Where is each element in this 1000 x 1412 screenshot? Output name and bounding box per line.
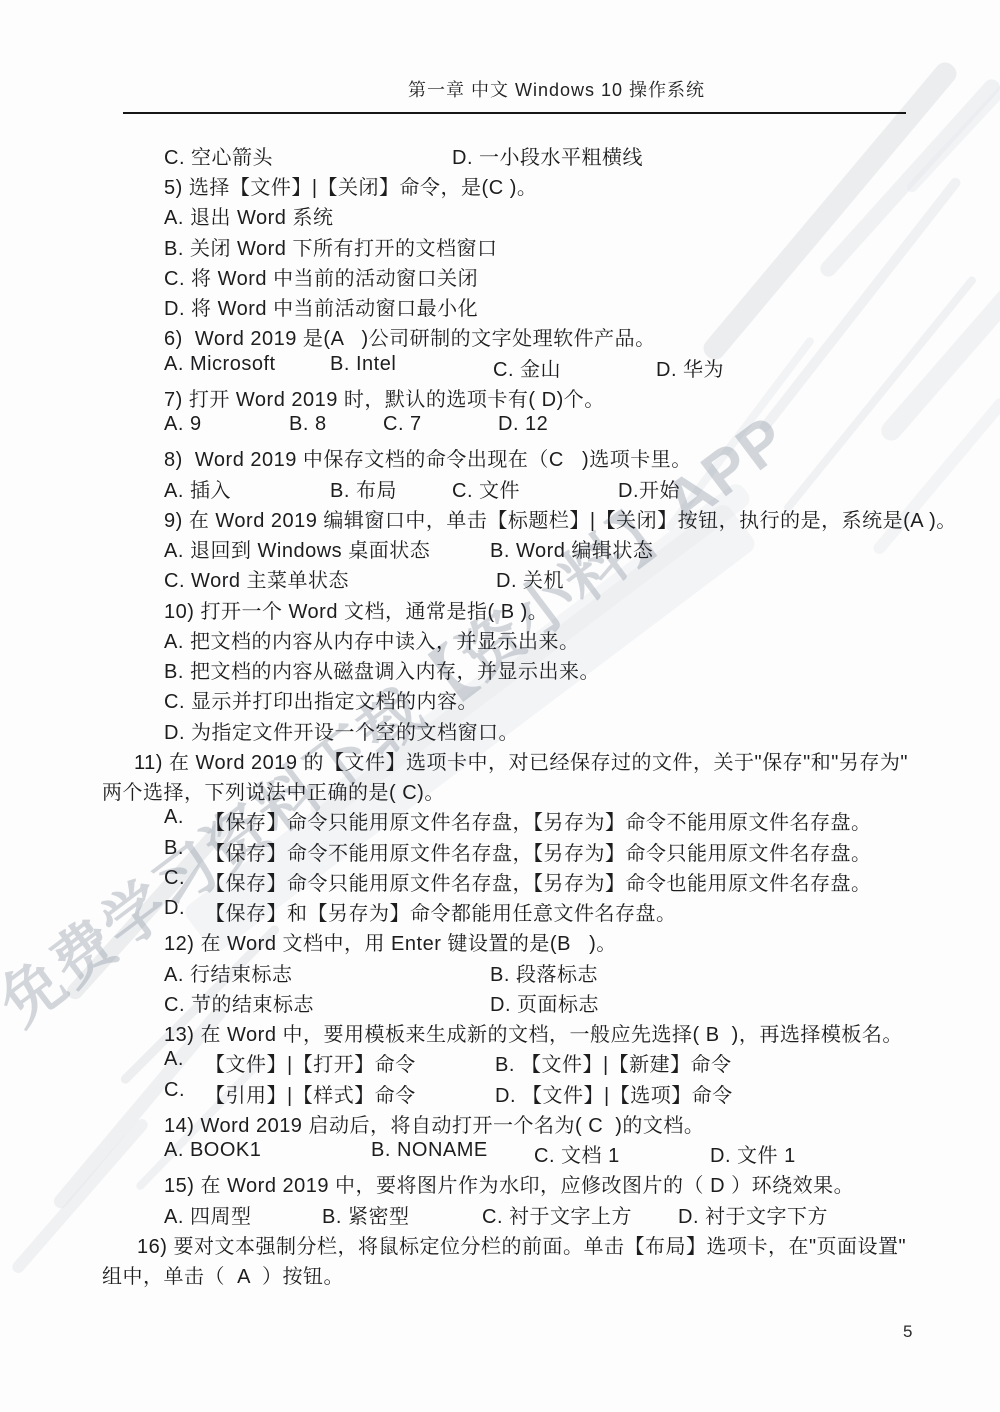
text-line: A. 插入B. 布局C. 文件D.开始 xyxy=(0,474,1000,504)
text-line: C. 节的结束标志D. 页面标志 xyxy=(0,988,1000,1018)
text-segment: 14) Word 2019 启动后，将自动打开一个名为( C )的文档。 xyxy=(164,1109,704,1138)
text-segment: B. xyxy=(164,837,184,860)
text-line: A.【保存】命令只能用原文件名存盘，【另存为】命令不能用原文件名存盘。 xyxy=(0,806,1000,836)
text-line: B.【保存】命令不能用原文件名存盘，【另存为】命令只能用原文件名存盘。 xyxy=(0,837,1000,867)
text-segment: A. 退出 Word 系统 xyxy=(164,201,334,230)
text-line: 6) Word 2019 是(A )公司研制的文字处理软件产品。 xyxy=(0,322,1000,352)
text-line: B. 关闭 Word 下所有打开的文档窗口 xyxy=(0,232,1000,262)
text-segment: C. Word 主菜单状态 xyxy=(164,564,349,593)
text-line: 10) 打开一个 Word 文档，通常是指( B )。 xyxy=(0,595,1000,625)
text-segment: 12) 在 Word 文档中，用 Enter 键设置的是(B )。 xyxy=(164,927,617,956)
text-segment: C. 文件 xyxy=(452,474,520,503)
text-line: A. 9B. 8C. 7D. 12 xyxy=(0,413,1000,443)
text-segment: 【引用】|【样式】命令 xyxy=(205,1079,416,1108)
text-segment: B. NONAME xyxy=(371,1139,488,1162)
text-segment: A. 把文档的内容从内存中读入，并显示出来。 xyxy=(164,625,579,654)
text-segment: D. 衬于文字下方 xyxy=(678,1200,828,1229)
text-segment: A. xyxy=(164,806,184,829)
text-line: D. 为指定文件开设一个空的文档窗口。 xyxy=(0,716,1000,746)
text-segment: 13) 在 Word 中，要用模板来生成新的文档，一般应先选择( B )，再选择… xyxy=(164,1018,903,1047)
text-line: D.【保存】和【另存为】命令都能用任意文件名存盘。 xyxy=(0,897,1000,927)
text-segment: 6) Word 2019 是(A )公司研制的文字处理软件产品。 xyxy=(164,322,656,351)
text-segment: C. 显示并打印出指定文档的内容。 xyxy=(164,685,478,714)
text-segment: B. 8 xyxy=(289,413,327,436)
text-segment: C. 7 xyxy=(383,413,422,436)
text-segment: D. 页面标志 xyxy=(490,988,599,1017)
text-segment: A. xyxy=(164,1048,184,1071)
text-line: 16) 要对文本强制分栏，将鼠标定位分栏的前面。单击【布局】选项卡，在"页面设置… xyxy=(0,1230,1000,1260)
text-line: 组中，单击（ A ）按钮。 xyxy=(0,1260,1000,1290)
text-segment: C. 文档 1 xyxy=(534,1139,620,1168)
text-segment: D. 一小段水平粗横线 xyxy=(452,141,643,170)
text-segment: B. 段落标志 xyxy=(490,958,598,987)
text-line: A. 四周型B. 紧密型C. 衬于文字上方D. 衬于文字下方 xyxy=(0,1200,1000,1230)
text-line: 8) Word 2019 中保存文档的命令出现在（C )选项卡里。 xyxy=(0,443,1000,473)
text-line: D. 将 Word 中当前活动窗口最小化 xyxy=(0,292,1000,322)
page-number: 5 xyxy=(903,1322,912,1342)
text-segment: 15) 在 Word 2019 中，要将图片作为水印，应修改图片的（ D ）环绕… xyxy=(164,1169,854,1198)
text-line: 13) 在 Word 中，要用模板来生成新的文档，一般应先选择( B )，再选择… xyxy=(0,1018,1000,1048)
text-segment: D. 华为 xyxy=(656,353,724,382)
text-segment: A. 9 xyxy=(164,413,202,436)
text-line: C. 空心箭头D. 一小段水平粗横线 xyxy=(0,141,1000,171)
text-line: 7) 打开 Word 2019 时，默认的选项卡有( D)个。 xyxy=(0,383,1000,413)
text-line: 11) 在 Word 2019 的【文件】选项卡中，对已经保存过的文件，关于"保… xyxy=(0,746,1000,776)
text-segment: 【文件】|【打开】命令 xyxy=(205,1048,416,1077)
text-line: 12) 在 Word 文档中，用 Enter 键设置的是(B )。 xyxy=(0,927,1000,957)
text-segment: D. xyxy=(164,897,185,920)
text-segment: B. 【文件】|【新建】命令 xyxy=(495,1048,732,1077)
text-line: A. 退回到 Windows 桌面状态B. Word 编辑状态 xyxy=(0,534,1000,564)
text-segment: 10) 打开一个 Word 文档，通常是指( B )。 xyxy=(164,595,548,624)
text-line: A. 行结束标志B. 段落标志 xyxy=(0,958,1000,988)
text-line: C. Word 主菜单状态D. 关机 xyxy=(0,564,1000,594)
text-segment: 7) 打开 Word 2019 时，默认的选项卡有( D)个。 xyxy=(164,383,605,412)
text-segment: 【保存】命令不能用原文件名存盘，【另存为】命令只能用原文件名存盘。 xyxy=(205,837,872,866)
text-line: C.【引用】|【样式】命令D. 【文件】|【选项】命令 xyxy=(0,1079,1000,1109)
text-segment: 【保存】命令只能用原文件名存盘，【另存为】命令不能用原文件名存盘。 xyxy=(205,806,872,835)
text-segment: D. 为指定文件开设一个空的文档窗口。 xyxy=(164,716,519,745)
document-page: 免费学习资料下载【资小料】APP 第一章 中文 Windows 10 操作系统 … xyxy=(0,0,1000,1412)
text-segment: 11) 在 Word 2019 的【文件】选项卡中，对已经保存过的文件，关于"保… xyxy=(134,746,908,775)
text-segment: D. 【文件】|【选项】命令 xyxy=(495,1079,733,1108)
text-line: 5) 选择【文件】|【关闭】命令，是(C )。 xyxy=(0,171,1000,201)
text-segment: D. 12 xyxy=(498,413,548,436)
text-line: A. 退出 Word 系统 xyxy=(0,201,1000,231)
text-line: A. BOOK1B. NONAMEC. 文档 1D. 文件 1 xyxy=(0,1139,1000,1169)
text-segment: B. 布局 xyxy=(330,474,397,503)
text-segment: 5) 选择【文件】|【关闭】命令，是(C )。 xyxy=(164,171,537,200)
text-segment: C. 将 Word 中当前的活动窗口关闭 xyxy=(164,262,478,291)
text-segment: C. 金山 xyxy=(493,353,561,382)
text-segment: C. 衬于文字上方 xyxy=(482,1200,632,1229)
text-line: 14) Word 2019 启动后，将自动打开一个名为( C )的文档。 xyxy=(0,1109,1000,1139)
text-segment: A. BOOK1 xyxy=(164,1139,261,1162)
text-line: B. 把文档的内容从磁盘调入内存，并显示出来。 xyxy=(0,655,1000,685)
text-segment: A. 四周型 xyxy=(164,1200,251,1229)
text-line: 两个选择，下列说法中正确的是( C)。 xyxy=(0,776,1000,806)
text-segment: C. xyxy=(164,1079,185,1102)
text-segment: D. 将 Word 中当前活动窗口最小化 xyxy=(164,292,478,321)
text-segment: B. Intel xyxy=(330,353,396,376)
text-line: 15) 在 Word 2019 中，要将图片作为水印，应修改图片的（ D ）环绕… xyxy=(0,1169,1000,1199)
text-segment: D.开始 xyxy=(618,474,680,503)
text-segment: B. 紧密型 xyxy=(322,1200,409,1229)
chapter-header-title: 第一章 中文 Windows 10 操作系统 xyxy=(408,76,705,102)
text-segment: C. xyxy=(164,867,185,890)
text-segment: 【保存】和【另存为】命令都能用任意文件名存盘。 xyxy=(205,897,677,926)
text-line: A. MicrosoftB. IntelC. 金山D. 华为 xyxy=(0,353,1000,383)
text-segment: B. Word 编辑状态 xyxy=(490,534,653,563)
text-line: A.【文件】|【打开】命令B. 【文件】|【新建】命令 xyxy=(0,1048,1000,1078)
text-segment: A. Microsoft xyxy=(164,353,276,376)
text-line: 9) 在 Word 2019 编辑窗口中，单击【标题栏】|【关闭】按钮，执行的是… xyxy=(0,504,1000,534)
text-segment: D. 关机 xyxy=(496,564,564,593)
text-segment: B. 把文档的内容从磁盘调入内存，并显示出来。 xyxy=(164,655,600,684)
text-segment: A. 插入 xyxy=(164,474,231,503)
text-segment: 16) 要对文本强制分栏，将鼠标定位分栏的前面。单击【布局】选项卡，在"页面设置… xyxy=(137,1230,906,1259)
text-line: C.【保存】命令只能用原文件名存盘，【另存为】命令也能用原文件名存盘。 xyxy=(0,867,1000,897)
text-segment: 【保存】命令只能用原文件名存盘，【另存为】命令也能用原文件名存盘。 xyxy=(205,867,872,896)
text-segment: C. 空心箭头 xyxy=(164,141,273,170)
text-segment: A. 行结束标志 xyxy=(164,958,292,987)
header-rule xyxy=(123,112,906,114)
text-line: C. 将 Word 中当前的活动窗口关闭 xyxy=(0,262,1000,292)
text-segment: 两个选择，下列说法中正确的是( C)。 xyxy=(102,776,445,805)
text-segment: 组中，单击（ A ）按钮。 xyxy=(102,1260,344,1289)
text-line: C. 显示并打印出指定文档的内容。 xyxy=(0,685,1000,715)
text-segment: A. 退回到 Windows 桌面状态 xyxy=(164,534,430,563)
text-segment: D. 文件 1 xyxy=(710,1139,796,1168)
text-line: A. 把文档的内容从内存中读入，并显示出来。 xyxy=(0,625,1000,655)
text-segment: 9) 在 Word 2019 编辑窗口中，单击【标题栏】|【关闭】按钮，执行的是… xyxy=(164,504,957,533)
text-segment: C. 节的结束标志 xyxy=(164,988,314,1017)
text-segment: 8) Word 2019 中保存文档的命令出现在（C )选项卡里。 xyxy=(164,443,692,472)
text-segment: B. 关闭 Word 下所有打开的文档窗口 xyxy=(164,232,498,261)
